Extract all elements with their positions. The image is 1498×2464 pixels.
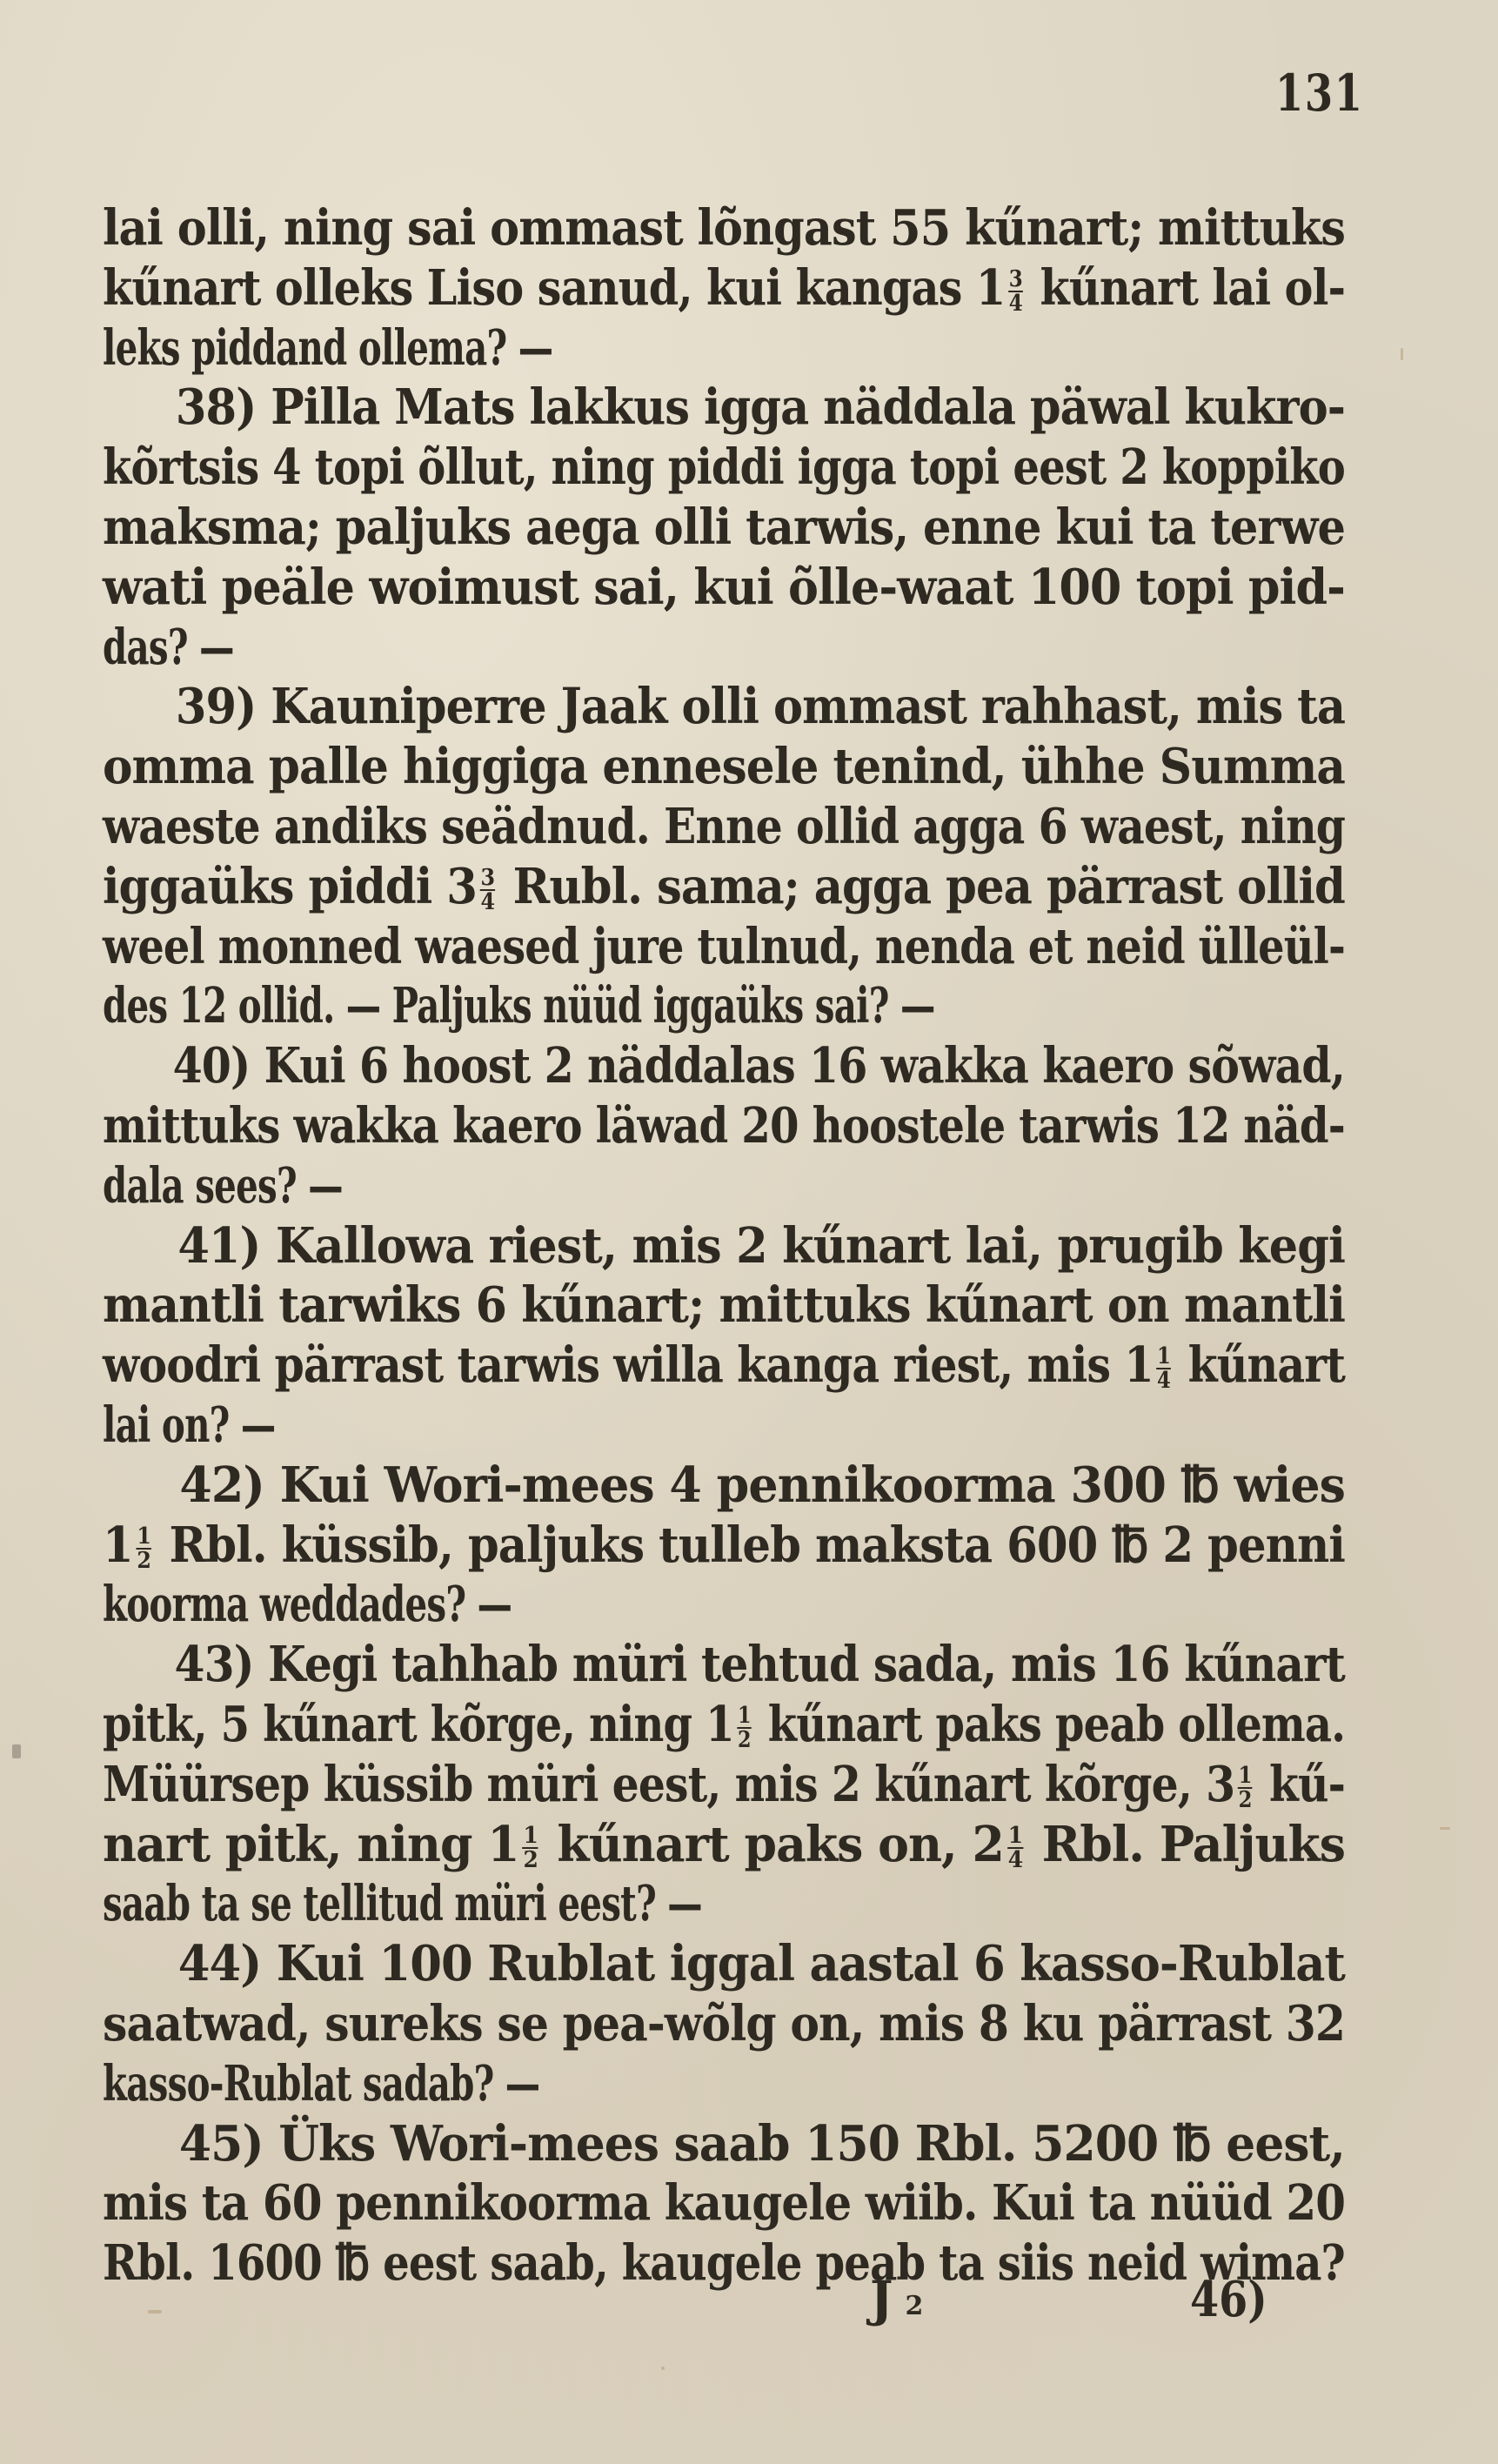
fraction: 14 xyxy=(1156,1345,1171,1392)
fraction-denominator: 2 xyxy=(1239,1789,1252,1811)
fraction-numerator: 1 xyxy=(1238,1764,1253,1789)
text-line-content: iggaüks piddi 334 Rubl. sama; agga pea p… xyxy=(103,857,1345,916)
fraction-numerator: 1 xyxy=(737,1704,751,1729)
text-run: Müürsep küssib müri eest, mis 2 kűnart k… xyxy=(103,1756,1234,1813)
text-line-content: kõrtsis 4 topi õllut, ning piddi igga to… xyxy=(103,438,1345,497)
text-line-content: 45) Üks Wori-mees saab 150 Rbl. 5200 ℔ e… xyxy=(103,2114,1345,2173)
fraction-numerator: 1 xyxy=(136,1525,150,1550)
text-run: nart pitk, ning 1 xyxy=(103,1816,519,1873)
text-run: Rubl. sama; agga pea pärrast ollid xyxy=(498,858,1345,915)
text-line-content: des 12 ollid. — Paljuks nüüd iggaüks sai… xyxy=(103,976,935,1035)
text-line-numbered-problem: 44) Kui 100 Rublat iggal aastal 6 kasso-… xyxy=(103,1934,1345,1993)
text-run: 43) Kegi tahhab müri tehtud sada, mis 16… xyxy=(175,1636,1345,1693)
catchword-next-item: 46) xyxy=(1190,2269,1267,2330)
text-run: kõrtsis 4 topi õllut, ning piddi igga to… xyxy=(103,439,1345,496)
text-run: 38) Pilla Mats lakkus igga näddala päwal… xyxy=(176,378,1345,436)
text-run: des 12 ollid. — Paljuks nüüd iggaüks sai… xyxy=(103,977,935,1034)
text-run: kasso-Rublat sadab? — xyxy=(103,2055,539,2112)
text-line: saatwad, sureks se pea-wõlg on, mis 8 ku… xyxy=(103,1994,1345,2053)
text-line-content: kasso-Rublat sadab? — xyxy=(103,2054,539,2113)
text-line-content: Müürsep küssib müri eest, mis 2 kűnart k… xyxy=(103,1755,1345,1814)
text-run: 41) Kallowa riest, mis 2 kűnart lai, pru… xyxy=(177,1217,1345,1275)
text-line-content: mantli tarwiks 6 kűnart; mittuks kűnart … xyxy=(103,1276,1345,1335)
paper-fleck xyxy=(1440,1827,1450,1830)
fraction-numerator: 3 xyxy=(1008,268,1023,292)
fraction: 34 xyxy=(480,867,495,914)
text-line: weel monned waesed jure tulnud, nenda et… xyxy=(103,917,1345,976)
text-line: kasso-Rublat sadab? — xyxy=(103,2054,1345,2113)
text-line: dala sees? — xyxy=(103,1156,1345,1215)
text-line-content: 41) Kallowa riest, mis 2 kűnart lai, pru… xyxy=(103,1216,1345,1276)
text-line-content: dala sees? — xyxy=(103,1156,343,1215)
fraction-denominator: 2 xyxy=(523,1849,537,1871)
paper-fleck xyxy=(12,1744,21,1758)
text-line-content: saatwad, sureks se pea-wõlg on, mis 8 ku… xyxy=(103,1994,1345,2053)
text-line-content: omma palle higgiga ennesele tenind, ühhe… xyxy=(103,737,1345,796)
fraction-denominator: 4 xyxy=(481,891,495,914)
text-line: mantli tarwiks 6 kűnart; mittuks kűnart … xyxy=(103,1276,1345,1335)
text-line-content: pitk, 5 kűnart kõrge, ning 112 kűnart pa… xyxy=(103,1695,1345,1754)
text-run: maksma; paljuks aega olli tarwis, enne k… xyxy=(103,499,1345,556)
text-run: lai on? — xyxy=(103,1396,276,1454)
fraction-denominator: 4 xyxy=(1157,1369,1170,1392)
text-line: maksma; paljuks aega olli tarwis, enne k… xyxy=(103,498,1345,557)
text-line-content: lai olli, ning sai ommast lõngast 55 kűn… xyxy=(103,198,1345,258)
text-run: saatwad, sureks se pea-wõlg on, mis 8 ku… xyxy=(103,1995,1345,2052)
fraction-numerator: 3 xyxy=(480,867,495,891)
signature-mark: J2 xyxy=(870,2269,923,2330)
text-run: weel monned waesed jure tulnud, nenda et… xyxy=(103,918,1345,975)
text-line-content: Rbl. 1600 ℔ eest saab, kaugele peab ta s… xyxy=(103,2233,1345,2293)
text-line: pitk, 5 kűnart kõrge, ning 112 kűnart pa… xyxy=(103,1695,1345,1754)
text-run: kűnart xyxy=(1174,1336,1345,1394)
text-line: wati peäle woimust sai, kui õlle-waat 10… xyxy=(103,558,1345,617)
text-line-numbered-problem: 41) Kallowa riest, mis 2 kűnart lai, pru… xyxy=(103,1216,1345,1276)
fraction: 12 xyxy=(1238,1764,1253,1811)
text-run: Rbl. 1600 ℔ eest saab, kaugele peab ta s… xyxy=(103,2234,1345,2292)
text-line: des 12 ollid. — Paljuks nüüd iggaüks sai… xyxy=(103,976,1345,1035)
text-line-numbered-problem: 38) Pilla Mats lakkus igga näddala päwal… xyxy=(103,378,1345,437)
text-line-content: waeste andiks seädnud. Enne ollid agga 6… xyxy=(103,797,1345,856)
text-run: woodri pärrast tarwis willa kanga riest,… xyxy=(103,1336,1154,1394)
text-run: 42) Kui Wori-mees 4 pennikoorma 300 ℔ wi… xyxy=(179,1456,1345,1514)
text-line: koorma weddades? — xyxy=(103,1575,1345,1634)
text-line-content: 40) Kui 6 hoost 2 näddalas 16 wakka kaer… xyxy=(103,1036,1345,1095)
text-line-numbered-problem: 43) Kegi tahhab müri tehtud sada, mis 16… xyxy=(103,1635,1345,1694)
fraction-denominator: 2 xyxy=(738,1729,751,1751)
text-run: koorma weddades? — xyxy=(103,1576,512,1633)
text-line-content: woodri pärrast tarwis willa kanga riest,… xyxy=(103,1336,1345,1395)
text-run: pitk, 5 kűnart kõrge, ning 1 xyxy=(103,1696,734,1753)
text-line: omma palle higgiga ennesele tenind, ühhe… xyxy=(103,737,1345,796)
text-line-numbered-problem: 45) Üks Wori-mees saab 150 Rbl. 5200 ℔ e… xyxy=(103,2114,1345,2173)
paper-fleck xyxy=(148,2310,162,2313)
paper-fleck xyxy=(661,2367,665,2370)
text-line-content: nart pitk, ning 112 kűnart paks on, 214 … xyxy=(103,1815,1345,1874)
text-line-content: mittuks wakka kaero läwad 20 hoostele ta… xyxy=(103,1096,1345,1155)
text-run: omma palle higgiga ennesele tenind, ühhe… xyxy=(103,738,1345,795)
text-run: mantli tarwiks 6 kűnart; mittuks kűnart … xyxy=(103,1276,1345,1334)
text-line: lai on? — xyxy=(103,1396,1345,1455)
fraction: 14 xyxy=(1007,1825,1023,1871)
text-line-content: das? — xyxy=(103,618,234,677)
text-run: kűnart lai ol- xyxy=(1026,259,1345,317)
text-run: lai olli, ning sai ommast lõngast 55 kűn… xyxy=(103,199,1345,257)
text-run: waeste andiks seädnud. Enne ollid agga 6… xyxy=(103,798,1345,855)
fraction: 34 xyxy=(1008,268,1023,315)
signature-number: 2 xyxy=(906,2291,924,2321)
text-run: kűnart olleks Liso sanud, kui kangas 1 xyxy=(103,259,1005,317)
text-line: mis ta 60 pennikoorma kaugele wiib. Kui … xyxy=(103,2173,1345,2233)
text-run: 1 xyxy=(103,1517,133,1574)
fraction-numerator: 1 xyxy=(1156,1345,1171,1369)
text-line-content: maksma; paljuks aega olli tarwis, enne k… xyxy=(103,498,1345,557)
text-line: 112 Rbl. küssib, paljuks tulleb maksta 6… xyxy=(103,1516,1345,1575)
signature-letter: J xyxy=(870,2271,893,2328)
text-run: dala sees? — xyxy=(103,1157,343,1215)
page-number: 131 xyxy=(1275,68,1345,118)
text-line-content: 42) Kui Wori-mees 4 pennikoorma 300 ℔ wi… xyxy=(103,1456,1345,1515)
text-line-content: weel monned waesed jure tulnud, nenda et… xyxy=(103,917,1345,976)
text-run: 45) Üks Wori-mees saab 150 Rbl. 5200 ℔ e… xyxy=(179,2115,1345,2173)
text-line: mittuks wakka kaero läwad 20 hoostele ta… xyxy=(103,1096,1345,1155)
text-line-content: leks piddand ollema? — xyxy=(103,318,552,378)
text-run: leks piddand ollema? — xyxy=(103,319,552,377)
text-line-content: wati peäle woimust sai, kui õlle-waat 10… xyxy=(103,558,1345,617)
fraction: 12 xyxy=(522,1825,538,1871)
text-run: 39) Kauniperre Jaak olli ommast rahhast,… xyxy=(176,678,1345,735)
text-run: kűnart paks on, 2 xyxy=(542,1816,1004,1873)
text-line: lai olli, ning sai ommast lõngast 55 kűn… xyxy=(103,198,1345,258)
text-run: mis ta 60 pennikoorma kaugele wiib. Kui … xyxy=(103,2174,1345,2232)
text-line: leks piddand ollema? — xyxy=(103,318,1345,378)
text-run: kűnart paks peab ollema. xyxy=(754,1696,1345,1753)
fraction-denominator: 4 xyxy=(1009,292,1022,315)
text-line-numbered-problem: 40) Kui 6 hoost 2 näddalas 16 wakka kaer… xyxy=(103,1036,1345,1095)
text-run: iggaüks piddi 3 xyxy=(103,858,477,915)
text-line-numbered-problem: 42) Kui Wori-mees 4 pennikoorma 300 ℔ wi… xyxy=(103,1456,1345,1515)
book-page: 131 lai olli, ning sai ommast lõngast 55… xyxy=(0,0,1498,2464)
text-run: das? — xyxy=(103,619,234,676)
fraction: 12 xyxy=(737,1704,751,1751)
fraction: 12 xyxy=(136,1525,150,1572)
text-line-content: 44) Kui 100 Rublat iggal aastal 6 kasso-… xyxy=(103,1934,1345,1993)
text-run: Rbl. Paljuks xyxy=(1027,1816,1345,1873)
text-line-content: 112 Rbl. küssib, paljuks tulleb maksta 6… xyxy=(103,1516,1345,1575)
text-line-content: kűnart olleks Liso sanud, kui kangas 134… xyxy=(103,258,1345,318)
text-run: 44) Kui 100 Rublat iggal aastal 6 kasso-… xyxy=(178,1935,1345,1992)
text-line: iggaüks piddi 334 Rubl. sama; agga pea p… xyxy=(103,857,1345,916)
text-line: kõrtsis 4 topi õllut, ning piddi igga to… xyxy=(103,438,1345,497)
paper-fleck xyxy=(1401,348,1403,360)
text-run: wati peäle woimust sai, kui õlle-waat 10… xyxy=(103,559,1345,616)
text-run: Rbl. küssib, paljuks tulleb maksta 600 ℔… xyxy=(155,1517,1345,1574)
text-line-numbered-problem: 39) Kauniperre Jaak olli ommast rahhast,… xyxy=(103,677,1345,736)
text-line-content: lai on? — xyxy=(103,1396,276,1455)
text-line: Müürsep küssib müri eest, mis 2 kűnart k… xyxy=(103,1755,1345,1814)
text-line-content: koorma weddades? — xyxy=(103,1575,512,1634)
fraction-denominator: 2 xyxy=(137,1550,150,1572)
fraction-numerator: 1 xyxy=(522,1825,538,1849)
text-line: waeste andiks seädnud. Enne ollid agga 6… xyxy=(103,797,1345,856)
text-run: mittuks wakka kaero läwad 20 hoostele ta… xyxy=(103,1097,1345,1155)
text-line: nart pitk, ning 112 kűnart paks on, 214 … xyxy=(103,1815,1345,1874)
text-line-content: 38) Pilla Mats lakkus igga näddala päwal… xyxy=(103,378,1345,437)
text-run: 40) Kui 6 hoost 2 näddalas 16 wakka kaer… xyxy=(173,1037,1345,1095)
text-line-content: saab ta se tellitud müri eest? — xyxy=(103,1874,702,1933)
text-line-content: 43) Kegi tahhab müri tehtud sada, mis 16… xyxy=(103,1635,1345,1694)
text-run: kű- xyxy=(1255,1756,1345,1813)
text-line: kűnart olleks Liso sanud, kui kangas 134… xyxy=(103,258,1345,318)
text-line-content: mis ta 60 pennikoorma kaugele wiib. Kui … xyxy=(103,2173,1345,2233)
text-line: das? — xyxy=(103,618,1345,677)
text-line: Rbl. 1600 ℔ eest saab, kaugele peab ta s… xyxy=(103,2233,1345,2293)
fraction-denominator: 4 xyxy=(1008,1849,1022,1871)
text-line: woodri pärrast tarwis willa kanga riest,… xyxy=(103,1336,1345,1395)
text-run: saab ta se tellitud müri eest? — xyxy=(103,1875,702,1932)
text-line-content: 39) Kauniperre Jaak olli ommast rahhast,… xyxy=(103,677,1345,736)
fraction-numerator: 1 xyxy=(1007,1825,1023,1849)
text-line: saab ta se tellitud müri eest? — xyxy=(103,1874,1345,1933)
